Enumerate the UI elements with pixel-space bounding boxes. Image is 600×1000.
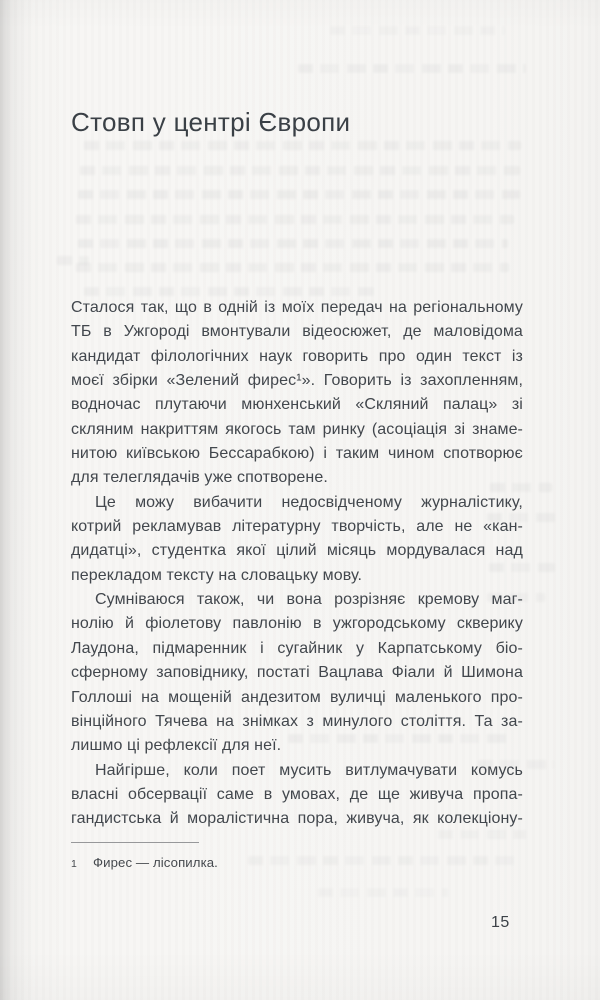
text-line: гандистськайморалістичнапора,живуча,якко… bbox=[71, 807, 523, 831]
bleedthrough-smudge bbox=[298, 64, 526, 73]
text-line: кандидатфілологічнихнаукговоритьпроодинт… bbox=[71, 345, 523, 369]
footnote-divider bbox=[71, 842, 199, 843]
book-page: Стовп у центрі Європи Сталосятак,щоводні… bbox=[0, 0, 600, 1000]
page-spine-shadow bbox=[0, 0, 34, 1000]
text-line: моєїзбірки«Зеленийфирес¹».Говоритьіззахо… bbox=[71, 369, 523, 393]
text-line: дидатці»,студенткаякоїцілиймісяцьмордува… bbox=[71, 539, 523, 563]
text-line: склянимнакриттямякогосьтамринку(асоціаці… bbox=[71, 418, 523, 442]
text-line: вінційногоТячеваназнімкахзминулогостоліт… bbox=[71, 710, 523, 734]
text-line: нитоюкиївськоюБессарабкою)ітакимчиномспо… bbox=[71, 442, 523, 466]
body-text: Сталосятак,щоводнійізмоїхпередачнарегіон… bbox=[71, 296, 523, 832]
bleedthrough-smudge bbox=[84, 287, 374, 296]
text-line: лишмо ці рефлексії для неї. bbox=[71, 734, 523, 758]
bleedthrough-smudge bbox=[78, 239, 508, 248]
bleedthrough-smudge bbox=[84, 141, 521, 150]
text-line: Сталосятак,щоводнійізмоїхпередачнарегіон… bbox=[71, 296, 523, 320]
footnote-text: Фирес — лісопилка. bbox=[93, 855, 218, 870]
page-number: 15 bbox=[491, 914, 510, 932]
text-line: Лаудона,підмаренникісугайникуКарпатськом… bbox=[71, 637, 523, 661]
text-line: для телеглядачів уже спотворене. bbox=[71, 466, 523, 490]
bleedthrough-smudge bbox=[330, 26, 505, 35]
text-line: котрийрекламувавлітературнутворчість,але… bbox=[71, 515, 523, 539]
text-line: Голлошінамощенійандезитомвуличцімаленько… bbox=[71, 686, 523, 710]
text-line: Цеможувибачитинедосвідченомужурналістику… bbox=[71, 491, 523, 515]
text-line: перекладом тексту на словацьку мову. bbox=[71, 564, 523, 588]
footnote-marker: 1 bbox=[71, 855, 85, 873]
chapter-title: Стовп у центрі Європи bbox=[71, 106, 350, 138]
text-line: Сумніваюсятакож,чивонарозрізняєкремовума… bbox=[71, 588, 523, 612]
text-line: сферномузаповіднику,постатіВацлаваФіалий… bbox=[71, 661, 523, 685]
bleedthrough-smudge bbox=[76, 215, 514, 224]
bleedthrough-smudge bbox=[76, 263, 509, 272]
bleedthrough-smudge bbox=[80, 166, 520, 175]
footnote: 1Фирес — лісопилка. bbox=[71, 854, 523, 873]
text-line: власніобсерваціїсамевумовах,дещеживучапр… bbox=[71, 783, 523, 807]
text-line: ноліюйфіолетовупавлоніювужгородськомускв… bbox=[71, 612, 523, 636]
text-line: водночасплутаючимюнхенський«Склянийпалац… bbox=[71, 393, 523, 417]
bleedthrough-smudge bbox=[57, 256, 89, 265]
bleedthrough-smudge bbox=[318, 888, 448, 897]
text-line: Найгірше,колипоетмуситьвитлумачуватикому… bbox=[71, 759, 523, 783]
bleedthrough-smudge bbox=[78, 190, 520, 199]
text-line: ТБвУжгородівмонтуваливідеосюжет,демалові… bbox=[71, 320, 523, 344]
